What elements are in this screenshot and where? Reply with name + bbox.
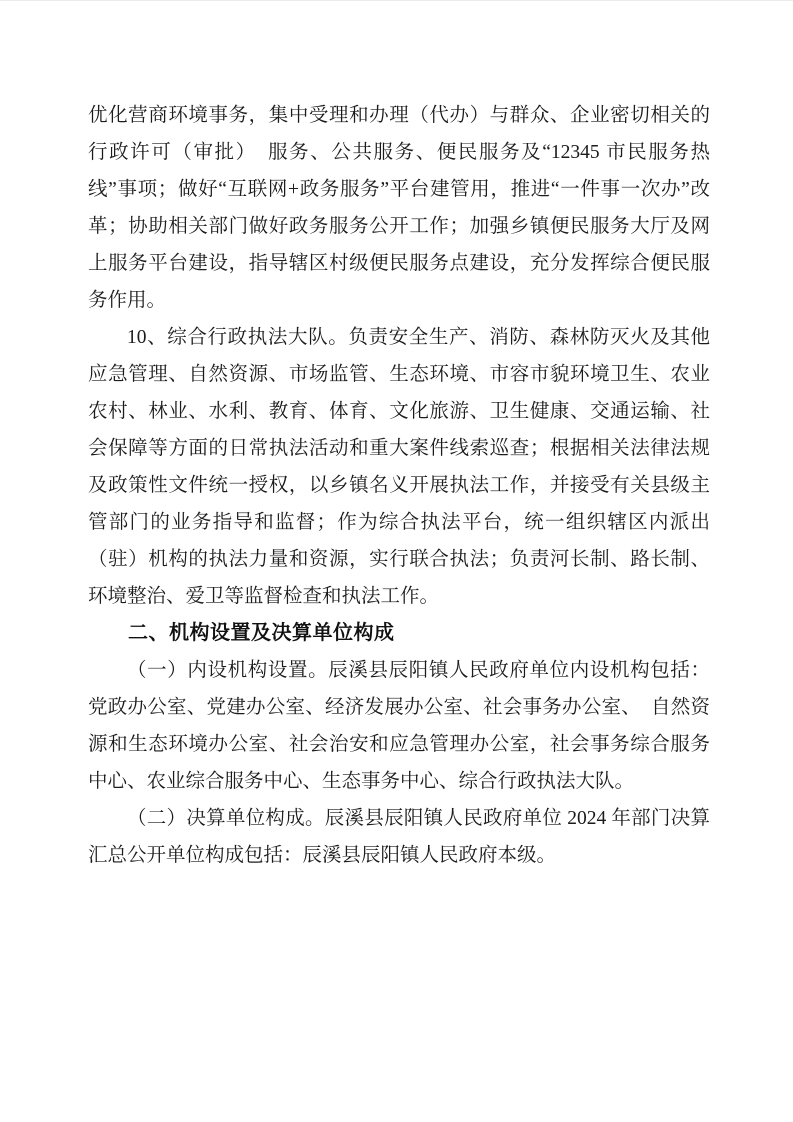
paragraph-internal-organs: （一）内设机构设置。辰溪县辰阳镇人民政府单位内设机构包括：党政办公室、党建办公室… bbox=[88, 652, 710, 800]
document-content: 优化营商环境事务，集中受理和办理（代办）与群众、企业密切相关的行政许可（审批） … bbox=[88, 97, 710, 874]
paragraph-service-duties: 优化营商环境事务，集中受理和办理（代办）与群众、企业密切相关的行政许可（审批） … bbox=[88, 97, 710, 319]
paragraph-enforcement-brigade: 10、综合行政执法大队。负责安全生产、消防、森林防灭火及其他应急管理、自然资源、… bbox=[88, 319, 710, 615]
document-page: 优化营商环境事务，集中受理和办理（代办）与群众、企业密切相关的行政许可（审批） … bbox=[0, 0, 793, 1122]
paragraph-unit-composition: （二）决算单位构成。辰溪县辰阳镇人民政府单位 2024 年部门决算汇总公开单位构… bbox=[88, 800, 710, 874]
section-heading-org-setup: 二、机构设置及决算单位构成 bbox=[88, 615, 710, 652]
